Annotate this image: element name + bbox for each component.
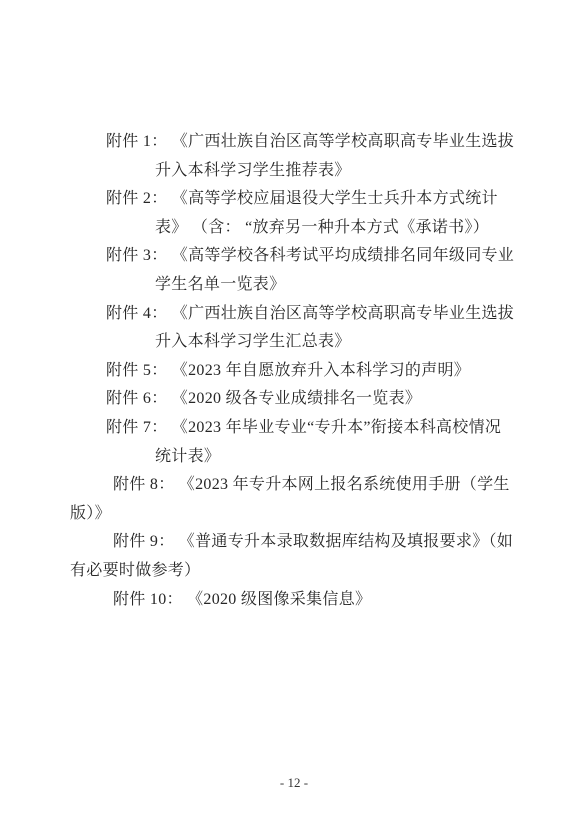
- doc-line: 附件 1： 《广西壮族自治区高等学校高职高专毕业生选拔: [0, 128, 588, 157]
- document-page: 附件 1： 《广西壮族自治区高等学校高职高专毕业生选拔升入本科学习学生推荐表》附…: [0, 0, 588, 833]
- doc-line: 附件 4： 《广西壮族自治区高等学校高职高专毕业生选拔: [0, 300, 588, 329]
- doc-line: 表》 （含： “放弃另一种升本方式《承诺书》）: [0, 214, 588, 243]
- doc-line: 统计表》: [0, 443, 588, 472]
- doc-line: 附件 8： 《2023 年专升本网上报名系统使用手册（学生: [0, 471, 588, 500]
- doc-line: 附件 9： 《普通专升本录取数据库结构及填报要求》（如: [0, 528, 588, 557]
- page-number: - 12 -: [0, 775, 588, 791]
- doc-line: 附件 5： 《2023 年自愿放弃升入本科学习的声明》: [0, 357, 588, 386]
- doc-line: 附件 7： 《2023 年毕业专业“专升本”衔接本科高校情况: [0, 414, 588, 443]
- doc-line: 附件 10： 《2020 级图像采集信息》: [0, 586, 588, 615]
- doc-line: 附件 6： 《2020 级各专业成绩排名一览表》: [0, 385, 588, 414]
- doc-line: 升入本科学习学生推荐表》: [0, 157, 588, 186]
- doc-line: 有必要时做参考）: [0, 557, 588, 586]
- doc-line: 附件 3： 《高等学校各科考试平均成绩排名同年级同专业: [0, 242, 588, 271]
- doc-line: 升入本科学习学生汇总表》: [0, 328, 588, 357]
- doc-line: 版）》: [0, 500, 588, 529]
- attachment-list: 附件 1： 《广西壮族自治区高等学校高职高专毕业生选拔升入本科学习学生推荐表》附…: [0, 128, 588, 614]
- doc-line: 附件 2： 《高等学校应届退役大学生士兵升本方式统计: [0, 185, 588, 214]
- doc-line: 学生名单一览表》: [0, 271, 588, 300]
